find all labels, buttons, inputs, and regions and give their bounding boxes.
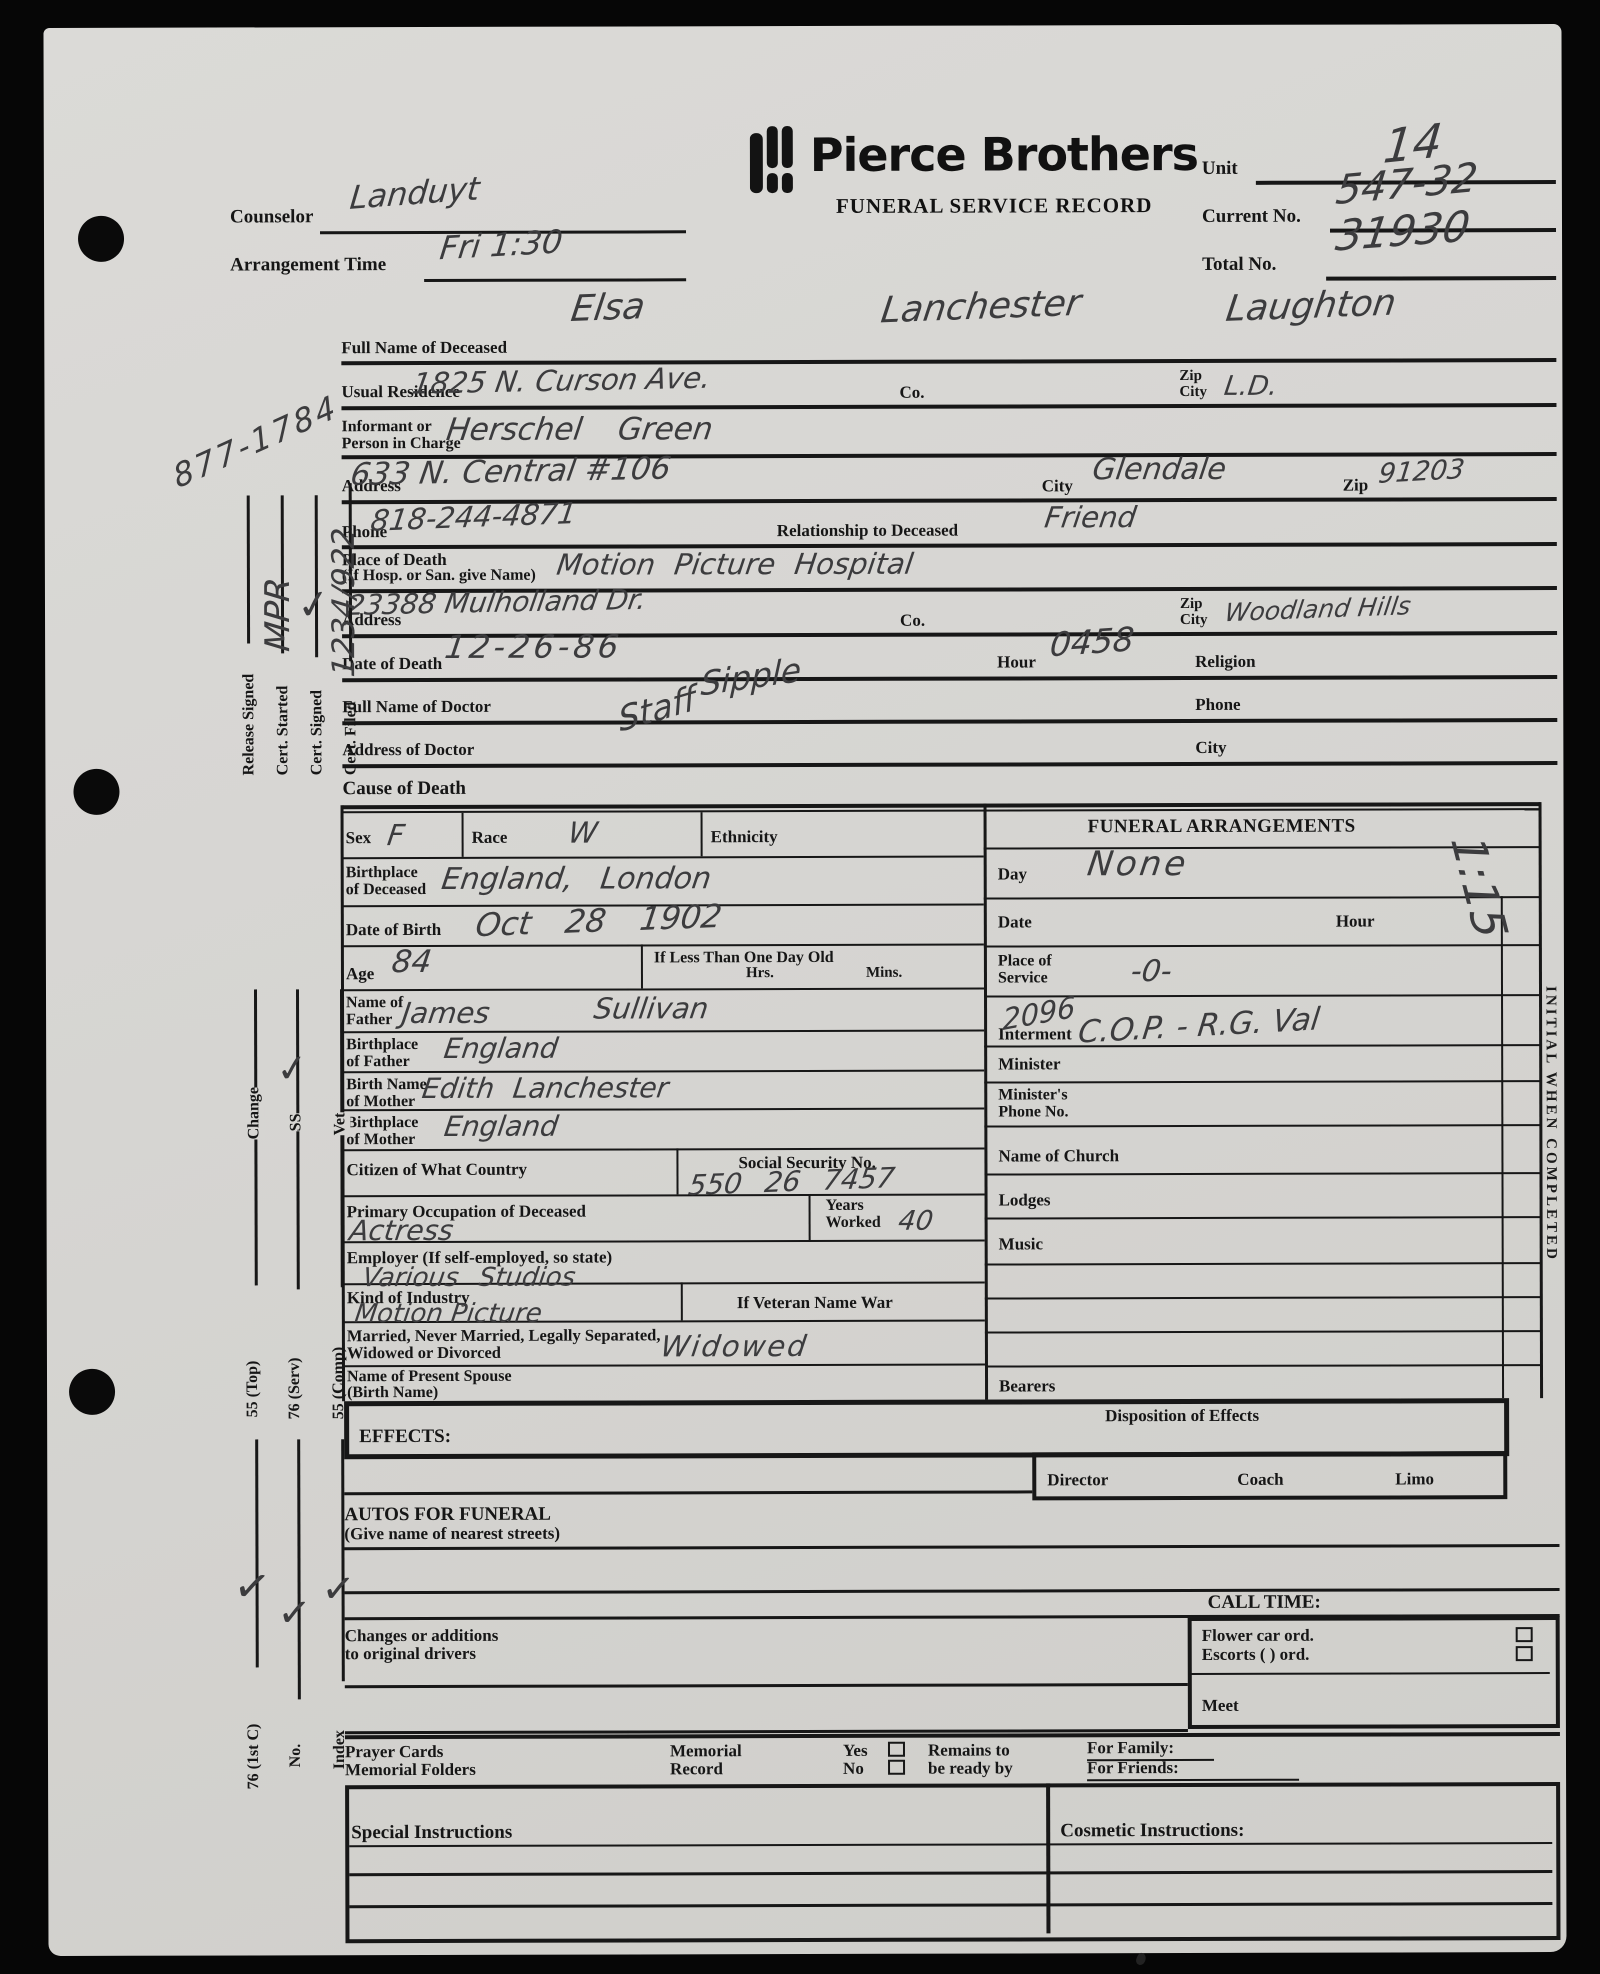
memorial-folders-label: Memorial Folders: [345, 1761, 476, 1780]
cell-divider: [641, 944, 643, 988]
cell-divider: [462, 813, 464, 857]
divider-line: [344, 1544, 1559, 1550]
father-birthplace-label: Birthplace: [346, 1037, 418, 1054]
total-no-value: 31930: [1333, 205, 1472, 257]
first-call-76-label: 76 (1st C): [246, 1724, 262, 1790]
veteran-label: If Veteran Name War: [737, 1294, 893, 1313]
age-value: 84: [390, 947, 434, 978]
grid-check-column-divider: [1501, 896, 1504, 1398]
current-no-label: Current No.: [1202, 207, 1301, 228]
place-of-death-value: Motion Picture Hospital: [555, 550, 915, 580]
death-city-label: City: [1180, 613, 1208, 629]
lodges-label: Lodges: [999, 1191, 1051, 1210]
informant-city-label: City: [1042, 477, 1073, 496]
counselor-value: Landuyt: [348, 172, 481, 214]
flower-car-label: Flower car ord.: [1202, 1627, 1314, 1646]
unit-label: Unit: [1202, 159, 1238, 180]
row-line: [343, 856, 984, 860]
ssn-value: 550 26 7457: [687, 1164, 897, 1200]
mother-birthplace-label: Birthplace: [346, 1115, 418, 1132]
instructions-table-divider: [1046, 1783, 1050, 1933]
grid-top-border-2: [343, 808, 1541, 813]
funeral-service-record-scan: Counselor Landuyt Arrangement Time Fri 1…: [43, 24, 1566, 1956]
service-hour-label: Hour: [1336, 913, 1375, 932]
service-date-label: Date: [998, 913, 1032, 932]
escorts-checkbox: [1516, 1646, 1533, 1661]
death-hour-value: 0458: [1048, 622, 1135, 661]
spouse-label-2: (Birth Name): [347, 1385, 438, 1402]
escorts-label: Escorts ( ) ord.: [1202, 1646, 1310, 1665]
divider-line: [424, 278, 686, 282]
cert-filed-label: Cert. Filed: [343, 701, 359, 775]
ink-speck: [1134, 1952, 1147, 1967]
vet-label: Vet: [330, 1113, 350, 1136]
informant-zip-label: Zip: [1343, 477, 1369, 496]
margin-phone-note: 877-1784: [170, 389, 341, 493]
serv-76-label: 76 (Serv): [287, 1358, 303, 1420]
divider-line: [345, 1683, 1188, 1688]
occupation-value: Actress: [348, 1217, 455, 1245]
doctor-name-value: Sipple: [700, 653, 802, 701]
divider-line: [341, 403, 1556, 410]
instructions-table: [345, 1782, 1560, 1943]
ethnicity-label: Ethnicity: [711, 828, 778, 847]
residence-zip-city-value: L.D.: [1223, 373, 1280, 400]
row-line: [985, 1216, 1542, 1219]
sex-label: Sex: [346, 829, 372, 848]
minister-phone-label-2: Phone No.: [998, 1104, 1068, 1121]
doctor-phone-label: Phone: [1195, 696, 1240, 715]
age-label: Age: [346, 965, 374, 984]
arrangement-time-value: Fri 1:30: [438, 225, 564, 264]
father-birthplace-label-2: of Father: [346, 1054, 410, 1071]
row-line: [343, 944, 984, 948]
cert-filed-value: 1234/922: [329, 527, 360, 679]
cell-divider: [681, 1282, 683, 1320]
service-hour-value: 1:15: [1444, 834, 1515, 941]
margin-line: [341, 1439, 345, 1681]
ss-check: ✓: [274, 1048, 310, 1089]
birthplace-deceased-label-2: of Deceased: [346, 882, 426, 899]
punch-hole: [78, 216, 124, 262]
index-label: Index: [332, 1730, 348, 1769]
bearers-label: Bearers: [999, 1377, 1055, 1396]
row-line: [985, 1364, 1542, 1367]
divider-line: [342, 718, 1557, 725]
row-line: [984, 1124, 1541, 1127]
margin-line: [297, 1439, 301, 1699]
margin-line: [296, 989, 300, 1289]
place-of-death-label-2: (If Hosp. or San. give Name): [342, 568, 536, 585]
place-of-service-label: Place of: [998, 953, 1052, 970]
informant-label-2: Person in Charge: [342, 436, 461, 453]
doctor-city-label: City: [1195, 739, 1226, 758]
church-label: Name of Church: [998, 1147, 1119, 1166]
father-label-2: Father: [346, 1012, 392, 1029]
cause-of-death-label: Cause of Death: [342, 779, 466, 800]
grid-center-divider: [984, 804, 989, 1400]
sex-value: F: [386, 821, 407, 850]
residence-zip-label: Zip: [1179, 369, 1202, 385]
years-worked-label-2: Worked: [826, 1215, 881, 1232]
years-worked-value: 40: [897, 1208, 935, 1235]
total-no-label: Total No.: [1202, 255, 1276, 276]
date-of-death-value: 12-26-86: [443, 630, 625, 662]
brand-subtitle: FUNERAL SERVICE RECORD: [836, 195, 1153, 217]
mother-birthplace-label-2: of Mother: [346, 1132, 415, 1149]
no-checkbox: [888, 1760, 905, 1775]
hrs-label: Hrs.: [746, 966, 774, 982]
row-line: [343, 1030, 984, 1034]
row-line: [343, 1108, 984, 1112]
mother-name-label: Birth Name: [346, 1077, 426, 1094]
funeral-arrangements-title: FUNERAL ARRANGEMENTS: [1088, 817, 1356, 839]
one-day-old-label: If Less Than One Day Old: [654, 950, 834, 967]
informant-label: Informant or: [342, 419, 432, 436]
doctor-staff-note: Staff: [617, 681, 698, 738]
deceased-middle-name: Lanchester: [879, 286, 1083, 330]
date-of-birth-value: Oct 28 1902: [474, 900, 724, 941]
deceased-last-name: Laughton: [1224, 285, 1398, 328]
effects-box: [344, 1398, 1509, 1459]
citizen-label: Citizen of What Country: [346, 1161, 527, 1180]
flower-car-checkbox: [1516, 1627, 1533, 1642]
row-line: [985, 1262, 1542, 1265]
date-of-birth-label: Date of Birth: [346, 921, 441, 940]
punch-hole: [73, 769, 119, 815]
marital-label-2: Widowed or Divorced: [347, 1344, 501, 1363]
doctor-address-label: Address of Doctor: [342, 741, 474, 760]
pierce-brothers-logo-icon: [750, 126, 802, 194]
punch-hole: [69, 1369, 115, 1415]
informant-zip-value: 91203: [1377, 456, 1466, 488]
mother-birthplace-value: England: [442, 1113, 560, 1141]
usual-residence-value: 1825 N. Curson Ave.: [410, 364, 713, 399]
minister-phone-label: Minister's: [998, 1087, 1067, 1104]
divider-line: [1326, 276, 1556, 281]
phone-value: 818-244-4871: [369, 499, 578, 536]
row-line: [984, 1044, 1541, 1047]
call-time-label: CALL TIME:: [1208, 1593, 1321, 1614]
brand-title: Pierce Brothers: [810, 131, 1198, 178]
disposition-of-effects-label: Disposition of Effects: [1105, 1407, 1259, 1426]
informant-address-value: 633 N. Central #106: [348, 454, 673, 492]
father-birthplace-value: England: [442, 1035, 560, 1063]
scanned-page: Counselor Landuyt Arrangement Time Fri 1…: [0, 0, 1600, 1974]
margin-line: [247, 495, 250, 643]
race-value: W: [567, 819, 600, 848]
death-address-value: 23388 Mulholland Dr.: [345, 586, 648, 620]
relationship-label: Relationship to Deceased: [777, 522, 958, 541]
initial-when-completed-note: INITIAL WHEN COMPLETED: [1542, 986, 1559, 1262]
cert-started-label: Cert. Started: [275, 686, 291, 776]
day-label: Day: [998, 865, 1027, 884]
yes-checkbox: [888, 1742, 905, 1757]
row-line: [984, 1080, 1541, 1083]
row-line: [984, 944, 1541, 947]
special-instructions-label: Special Instructions: [351, 1823, 512, 1844]
coach-label: Coach: [1237, 1471, 1283, 1490]
meet-label: Meet: [1202, 1697, 1239, 1716]
death-hour-label: Hour: [997, 653, 1036, 672]
place-of-service-label-2: Service: [998, 970, 1048, 987]
memorial-label: Memorial: [670, 1742, 742, 1761]
ss-label: SS: [286, 1114, 306, 1132]
row-line: [985, 1296, 1542, 1299]
divider-line: [342, 761, 1557, 768]
margin-line: [315, 495, 318, 657]
row-line: [344, 1490, 1032, 1495]
deceased-first-name: Elsa: [569, 289, 648, 328]
minister-label: Minister: [998, 1055, 1060, 1074]
residence-co-label: Co.: [899, 384, 924, 403]
birthplace-deceased-value: England, London: [440, 864, 713, 895]
changes-label-2: to original drivers: [345, 1645, 476, 1664]
change-label: Change: [244, 1087, 264, 1140]
yes-label: Yes: [843, 1742, 868, 1761]
effects-label: EFFECTS:: [359, 1427, 451, 1448]
autos-subtitle: (Give name of nearest streets): [344, 1525, 560, 1544]
cell-divider: [701, 812, 703, 856]
row-line: [343, 1148, 984, 1152]
relationship-value: Friend: [1043, 503, 1138, 532]
no-margin-check: ✓: [276, 1592, 312, 1634]
death-co-label: Co.: [900, 612, 925, 631]
no-label: No: [843, 1760, 864, 1779]
day-value: None: [1085, 847, 1190, 881]
religion-label: Religion: [1195, 653, 1256, 672]
father-label: Name of: [346, 995, 403, 1012]
cert-signed-label: Cert. Signed: [309, 690, 325, 775]
counselor-label: Counselor: [230, 207, 313, 228]
memorial-record-label: Record: [670, 1760, 723, 1779]
death-zip-label: Zip: [1180, 597, 1203, 613]
divider-line: [345, 1588, 1560, 1594]
index-check: ✓: [320, 1568, 356, 1610]
cell-divider: [809, 1194, 811, 1240]
no-margin-label: No.: [288, 1744, 304, 1768]
informant-city-value: Glendale: [1091, 455, 1228, 485]
music-label: Music: [999, 1235, 1043, 1254]
industry-value: Motion Picture: [353, 1301, 544, 1327]
row-line: [985, 1330, 1542, 1333]
mother-name-value: Edith Lanchester: [420, 1074, 670, 1103]
father-last-name: Sullivan: [592, 994, 710, 1023]
informant-value: Herschel Green: [444, 414, 714, 446]
marital-value: Widowed: [659, 1332, 810, 1361]
father-first-name: James: [400, 999, 492, 1028]
cosmetic-instructions-label: Cosmetic Instructions:: [1060, 1821, 1244, 1842]
limo-label: Limo: [1395, 1470, 1434, 1489]
years-worked-label: Years: [826, 1198, 864, 1215]
doctor-name-label: Full Name of Doctor: [342, 698, 491, 717]
mins-label: Mins.: [866, 966, 902, 982]
row-line: [984, 1172, 1541, 1175]
remains-label-2: be ready by: [928, 1759, 1013, 1778]
residence-city-label: City: [1179, 385, 1207, 401]
release-signed-label: Release Signed: [241, 674, 257, 776]
interment-value: C.O.P. - R.G. Val: [1076, 1004, 1321, 1049]
margin-line: [255, 1439, 259, 1667]
race-label: Race: [472, 829, 508, 848]
mother-name-label-2: of Mother: [346, 1094, 415, 1111]
death-zip-city-value: Woodland Hills: [1223, 593, 1412, 625]
director-label: Director: [1047, 1471, 1108, 1490]
place-of-service-value: -0-: [1129, 957, 1174, 987]
birthplace-deceased-label: Birthplace: [346, 865, 418, 882]
for-friends-label: For Friends:: [1087, 1759, 1299, 1781]
comp-55-label: 55 (Comp): [331, 1347, 347, 1419]
divider-line: [342, 675, 1557, 682]
row-line: [344, 1364, 985, 1368]
arrangement-time-label: Arrangement Time: [230, 255, 386, 276]
divider-line: [342, 542, 1557, 549]
full-name-label: Full Name of Deceased: [341, 339, 507, 358]
cert-started-value: MPR: [261, 576, 295, 653]
first-call-76-check: ✓: [231, 1563, 274, 1612]
cell-divider: [676, 1148, 678, 1194]
top-55-label: 55 (Top): [245, 1361, 261, 1418]
